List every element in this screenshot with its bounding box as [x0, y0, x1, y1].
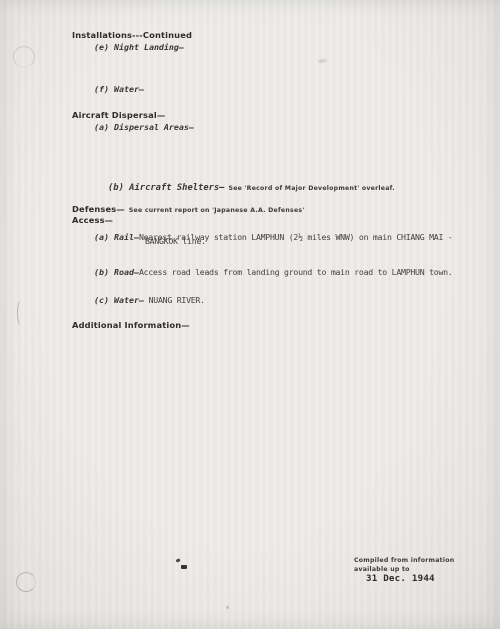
defenses-heading: Defenses— [72, 204, 125, 214]
access-water-text: NUANG RIVER. [144, 295, 205, 305]
compiled-note-line1: Compiled from information [354, 557, 454, 564]
aircraft-shelters-note: See 'Record of Major Development' overle… [229, 185, 395, 192]
access-road-line: (b) Road—Access road leads from landing … [94, 260, 452, 279]
access-road-label: (b) Road— [94, 267, 139, 277]
night-landing-label: (e) Night Landing— [94, 42, 184, 52]
ink-blot-dot-small [176, 558, 181, 562]
access-water-line: (c) Water— NUANG RIVER. [94, 288, 205, 307]
pencil-paren-mark-middle [17, 299, 26, 327]
scanned-document-page: Installations---Continued (e) Night Land… [0, 0, 500, 629]
compiled-note-line2: available up to [354, 566, 410, 573]
smudge-mark-top-right [318, 58, 328, 64]
defenses-line: Defenses—See current report on 'Japanese… [72, 197, 304, 216]
pencil-circle-mark-bottom [16, 572, 36, 592]
installations-heading: Installations---Continued [72, 30, 192, 40]
aircraft-dispersal-heading: Aircraft Dispersal— [72, 110, 165, 120]
additional-information-heading: Additional Information— [72, 320, 190, 330]
ink-blot-dot-large [181, 565, 187, 569]
access-water-label: (c) Water— [94, 295, 144, 305]
access-heading: Access— [72, 215, 113, 225]
compiled-date: 31 Dec. 1944 [366, 573, 435, 584]
speck-mark-bottom [226, 606, 229, 609]
access-rail-text-continued: BANGKOK line. [145, 236, 206, 246]
defenses-note: See current report on 'Japanese A.A. Def… [129, 207, 305, 214]
water-f-label: (f) Water— [94, 84, 144, 94]
access-road-text: Access road leads from landing ground to… [139, 267, 453, 277]
dispersal-areas-label: (a) Dispersal Areas— [94, 122, 194, 132]
aircraft-shelters-line: (b) Aircraft Shelters—See 'Record of Maj… [108, 175, 395, 194]
aircraft-shelters-label: (b) Aircraft Shelters— [108, 183, 225, 193]
pencil-circle-mark-top [13, 46, 35, 68]
access-rail-label: (a) Rail— [94, 232, 139, 242]
